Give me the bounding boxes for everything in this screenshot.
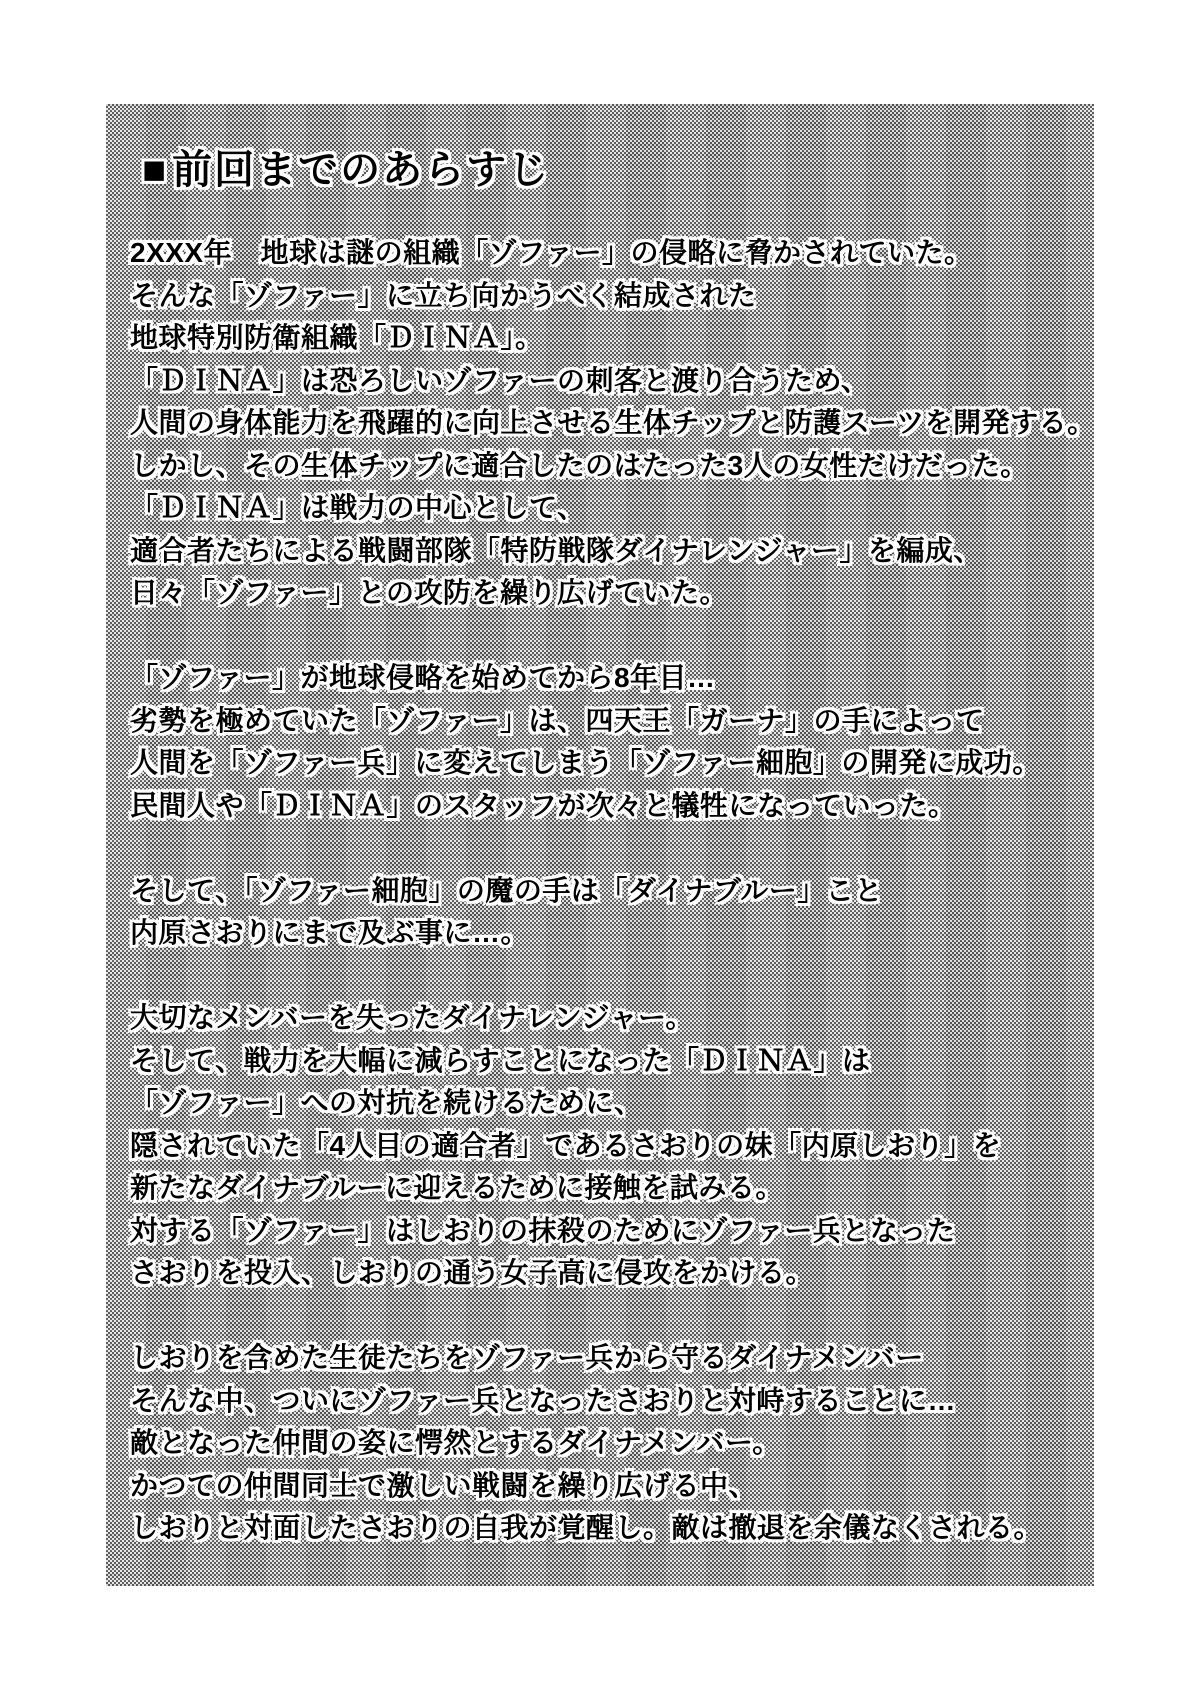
story-line: 「ＤＩＮＡ」は戦力の中心として、 — [130, 487, 1070, 530]
story-line: そんな中、ついにゾファー兵となったさおりと対峙することに… — [130, 1380, 1070, 1423]
story-line: 人間の身体能力を飛躍的に向上させる生体チップと防護スーツを開発する。 — [130, 402, 1070, 445]
story-line: 「ゾファー」への対抗を続けるために、 — [130, 1082, 1070, 1125]
story-line: 劣勢を極めていた「ゾファー」は、四天王「ガーナ」の手によって — [130, 700, 1070, 743]
story-line: 地球特別防衛組織「ＤＩＮＡ」。 — [130, 317, 1070, 360]
story-line: 新たなダイナブルーに迎えるために接触を試みる。 — [130, 1167, 1070, 1210]
story-line: 適合者たちによる戦闘部隊「特防戦隊ダイナレンジャー」を編成、 — [130, 530, 1070, 573]
story-line: しおりを含めた生徒たちをゾファー兵から守るダイナメンバー — [130, 1337, 1070, 1380]
page-title-text: 前回までのあらすじ — [172, 148, 550, 192]
story-line: 民間人や「ＤＩＮＡ」のスタッフが次々と犠牲になっていった。 — [130, 785, 1070, 828]
scanned-page: ■前回までのあらすじ 2XXX年 地球は謎の組織「ゾファー」の侵略に脅かされてい… — [0, 0, 1200, 1691]
story-line: しおりと対面したさおりの自我が覚醒し。敵は撤退を余儀なくされる。 — [130, 1507, 1070, 1550]
synopsis-panel: ■前回までのあらすじ 2XXX年 地球は謎の組織「ゾファー」の侵略に脅かされてい… — [106, 104, 1094, 1586]
story-line: 「ＤＩＮＡ」は恐ろしいゾファーの刺客と渡り合うため、 — [130, 360, 1070, 403]
story-line: 内原さおりにまで及ぶ事に…。 — [130, 912, 1070, 955]
story-line: 対する「ゾファー」はしおりの抹殺のためにゾファー兵となった — [130, 1210, 1070, 1253]
story-line: 敵となった仲間の姿に愕然とするダイナメンバー。 — [130, 1422, 1070, 1465]
story-line: そんな「ゾファー」に立ち向かうべく結成された — [130, 275, 1070, 318]
story-line: しかし、その生体チップに適合したのはたった3人の女性だけだった。 — [130, 445, 1070, 488]
synopsis-text: 2XXX年 地球は謎の組織「ゾファー」の侵略に脅かされていた。そんな「ゾファー」… — [130, 232, 1070, 1550]
story-line: 大切なメンバーを失ったダイナレンジャー。 — [130, 997, 1070, 1040]
square-bullet-icon: ■ — [142, 148, 168, 192]
story-line: そして、戦力を大幅に減らすことになった「ＤＩＮＡ」は — [130, 1040, 1070, 1083]
story-line: そして、「ゾファー細胞」の魔の手は「ダイナブルー」こと — [130, 870, 1070, 913]
story-paragraph: そして、「ゾファー細胞」の魔の手は「ダイナブルー」こと内原さおりにまで及ぶ事に…… — [130, 870, 1070, 955]
story-paragraph: 「ゾファー」が地球侵略を始めてから8年目…劣勢を極めていた「ゾファー」は、四天王… — [130, 657, 1070, 827]
story-line: 「ゾファー」が地球侵略を始めてから8年目… — [130, 657, 1070, 700]
story-line: 人間を「ゾファー兵」に変えてしまう「ゾファー細胞」の開発に成功。 — [130, 742, 1070, 785]
story-line: さおりを投入、しおりの通う女子高に侵攻をかける。 — [130, 1252, 1070, 1295]
story-line: 隠されていた「4人目の適合者」であるさおりの妹「内原しおり」を — [130, 1125, 1070, 1168]
story-paragraph: 2XXX年 地球は謎の組織「ゾファー」の侵略に脅かされていた。そんな「ゾファー」… — [130, 232, 1070, 615]
story-line: かつての仲間同士で激しい戦闘を繰り広げる中、 — [130, 1465, 1070, 1508]
story-line: 日々「ゾファー」との攻防を繰り広げていた。 — [130, 572, 1070, 615]
story-line: 2XXX年 地球は謎の組織「ゾファー」の侵略に脅かされていた。 — [130, 232, 1070, 275]
story-paragraph: しおりを含めた生徒たちをゾファー兵から守るダイナメンバーそんな中、ついにゾファー… — [130, 1337, 1070, 1550]
story-paragraph: 大切なメンバーを失ったダイナレンジャー。そして、戦力を大幅に減らすことになった「… — [130, 997, 1070, 1295]
page-title: ■前回までのあらすじ — [142, 146, 1070, 194]
